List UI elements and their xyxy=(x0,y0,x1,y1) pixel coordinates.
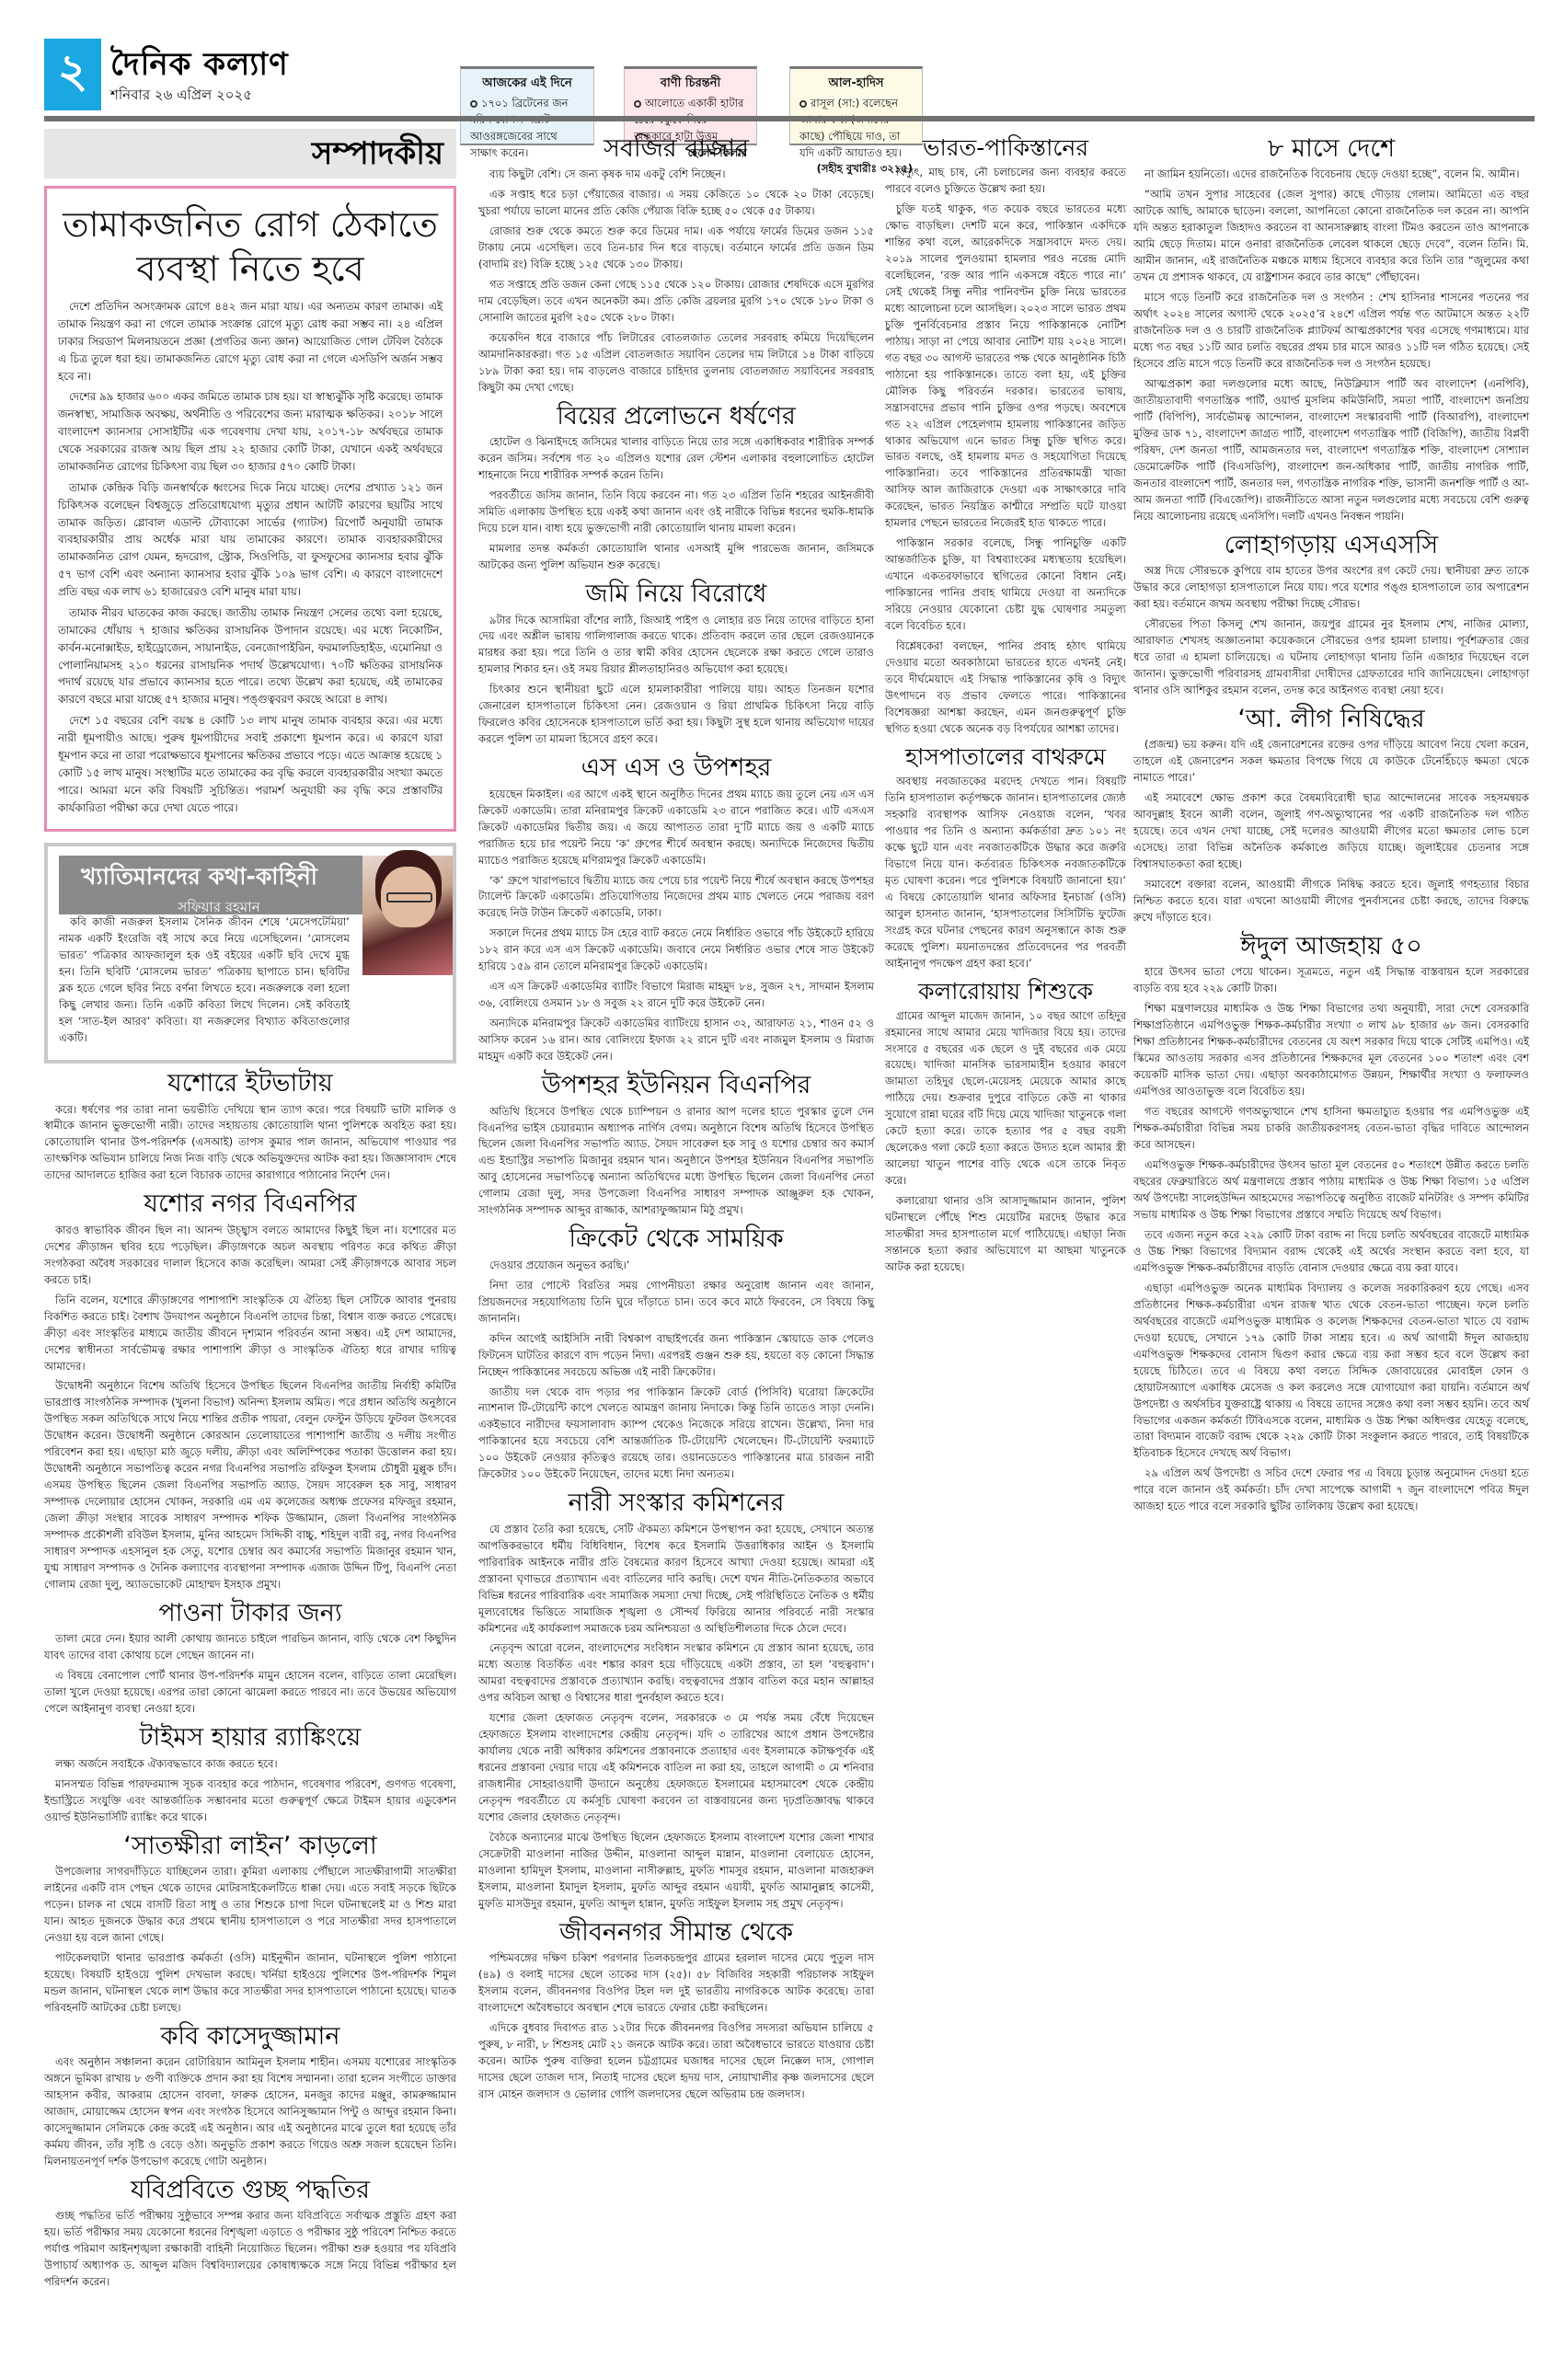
article: ‘সাতক্ষীরা লাইন’ কাড়লো উপজেলার সাগরদাঁড… xyxy=(44,1832,456,2017)
bullet-icon xyxy=(799,100,807,108)
paragraph: গত বছরের আগস্টে গণঅভ্যুত্থানে শেখ হাসিনা… xyxy=(1133,1104,1529,1154)
paragraph: চিৎকার শুনে স্থানীয়রা ছুটে এলে হামলাকার… xyxy=(478,682,874,748)
paragraph: পাকিস্তান সরকার বলেছে, সিন্ধু পানিচুক্তি… xyxy=(885,535,1126,635)
paragraph: দেশের ৯৯ হাজার ৬০০ একর জমিতে তামাক চাষ হ… xyxy=(58,388,443,475)
article-headline: নারী সংস্কার কমিশনের xyxy=(478,1489,874,1518)
paragraph: তিনি বলেন, যশোরে ক্রীড়াঙ্গণের পাশাপাশি … xyxy=(44,1293,456,1375)
article: ‘আ. লীগ নিষিদ্ধের (প্রজন্ম) ভয় করুন। যদ… xyxy=(1133,705,1529,926)
article-headline: ভারত-পাকিস্তানের xyxy=(885,134,1126,162)
bullet-icon xyxy=(470,100,477,108)
paragraph: দেশে ১৫ বছরের বেশি বয়স্ক ৪ কোটি ১৩ লাখ … xyxy=(58,712,443,816)
paragraph: তবে এজন্য নতুন করে ২২৯ কোটি টাকা বরাদ্দ … xyxy=(1133,1227,1529,1277)
paragraph: চুক্তি যতই থাকুক, গত কয়েক বছরে ভারতের ম… xyxy=(885,201,1126,532)
paragraph: এমপিওভুক্ত শিক্ষক-কর্মচারীদের উৎসব ভাতা … xyxy=(1133,1157,1529,1224)
box-title: বাণী চিরন্তনী xyxy=(634,75,747,93)
article-headline: টাইমস হায়ার র‍্যাঙ্কিংয়ে xyxy=(44,1723,456,1753)
article: কবি কাসেদুজ্জামান এবং অনুষ্ঠান সঞ্চালনা … xyxy=(44,2022,456,2170)
paragraph: করে। ধর্ষণের পর তারা নানা ভয়ভীতি দেখিয়… xyxy=(44,1102,456,1185)
paragraph: কলারোয়া থানার ওসি আসাদুজ্জামান জানান, প… xyxy=(885,1193,1126,1276)
article: পাওনা টাকার জন্য তালা মেরে দেন। ইয়ার আল… xyxy=(44,1599,456,1718)
section-title: সম্পাদকীয় xyxy=(312,130,443,178)
paragraph: উপজেলার সাগরদাঁড়িতে যাচ্ছিলেন তারা। কুম… xyxy=(44,1864,456,1947)
paragraph: সমাবেশে বক্তারা বলেন, আওয়ামী লীগকে নিষি… xyxy=(1133,877,1529,926)
masthead: ২ দৈনিক কল্যাণ শনিবার ২৬ এপ্রিল ২০২৫ আজক… xyxy=(44,37,1516,110)
paragraph: না জামিন হয়নিতো। এদের রাজনৈতিক বিবেচনায… xyxy=(1133,167,1529,183)
paragraph: জাতীয় দল থেকে বাদ পড়ার পর পাকিস্তান ক্… xyxy=(478,1385,874,1484)
article-headline: পাওনা টাকার জন্য xyxy=(44,1599,456,1628)
article-headline: সবজির বাজার xyxy=(478,134,874,164)
paragraph: এক সপ্তাহ ধরে চড়া পেঁয়াজের বাজার। এ সম… xyxy=(478,187,874,220)
box-title: আজকের এই দিনে xyxy=(470,75,584,93)
paragraph: সৌরভের পিতা কিসলু শেখ জানান, জয়পুর গ্রা… xyxy=(1133,616,1529,699)
paragraph: পরবর্তীতে জসিম জানান, তিনি বিয়ে করবেন ন… xyxy=(478,488,874,537)
paragraph: অতিথি হিসেবে উপস্থিত থেকে চ্যাম্পিয়ন ও … xyxy=(478,1104,874,1220)
article: বিয়ের প্রলোভনে ধর্ষণের হোটেল ও ঝিনাইদহে… xyxy=(478,402,874,574)
paragraph: যে প্রস্তাব তৈরি করা হয়েছে, সেটি ঐকমত্য… xyxy=(478,1522,874,1638)
box-title: আল-হাদিস xyxy=(799,75,913,93)
article-headline: জীবননগর সীমান্ত থেকে xyxy=(478,1918,874,1948)
paragraph: সকালে দিনের প্রথম ম্যাচে টস হেরে ব্যাট ক… xyxy=(478,926,874,975)
article: ভারত-পাকিস্তানের বিদ্যুৎ, মাছ চাষ, নৌ চল… xyxy=(885,134,1126,738)
paragraph: গুচ্ছ পদ্ধতির ভর্তি পরীক্ষায় সুষ্ঠুভাবে… xyxy=(44,2208,456,2291)
paragraph: তামাক নীরব ঘাতকের কাজ করছে। জাতীয় তামাক… xyxy=(58,604,443,708)
article: যশোরে ইটভাটায় করে। ধর্ষণের পর তারা নানা… xyxy=(44,1069,456,1184)
paragraph: এই সমাবেশে ক্ষোভ প্রকাশ করে বৈষম্যবিরোধী… xyxy=(1133,790,1529,873)
paragraph: কদিন আগেই আইসিসি নারী বিশ্বকাপ বাছাইপর্ব… xyxy=(478,1331,874,1381)
article: কলারোয়ায় শিশুকে গ্রামের আব্দুল মাজেদ জ… xyxy=(885,978,1126,1277)
feature-box: খ্যাতিমানদের কথা-কাহিনী সফিয়ার রহমান কব… xyxy=(44,843,456,1064)
paragraph: হোটেল ও ঝিনাইদহে জসিমের খালার বাড়িতে নি… xyxy=(478,434,874,484)
paragraph: বিদ্যুৎ, মাছ চাষ, নৌ চলাচলের জন্য ব্যবহা… xyxy=(885,165,1126,198)
paragraph: এদিকে বুধবার দিবাগত রাত ১২টার দিকে জীবনন… xyxy=(478,2020,874,2103)
article-headline: কবি কাসেদুজ্জামান xyxy=(44,2022,456,2052)
issue-date: শনিবার ২৬ এপ্রিল ২০২৫ xyxy=(110,85,252,108)
paragraph: অন্যদিকে মনিরামপুর ক্রিকেট একাডেমির ব্যা… xyxy=(478,1016,874,1065)
paragraph: আত্মপ্রকাশ করা দলগুলোর মধ্যে আছে, নিউক্ল… xyxy=(1133,376,1529,525)
paragraph: এছাড়া এমপিওভুক্ত অনেক মাধ্যমিক বিদ্যালয… xyxy=(1133,1281,1529,1463)
article: ৮ মাসে দেশে না জামিন হয়নিতো। এদের রাজনৈ… xyxy=(1133,134,1529,525)
article-headline: জমি নিয়ে বিরোধে xyxy=(478,580,874,609)
paragraph: এবং অনুষ্ঠান সঞ্চালনা করেন রোটারিয়ান আম… xyxy=(44,2054,456,2170)
paragraph: গ্রামের আব্দুল মাজেদ জানান, ১০ বছর আগে ত… xyxy=(885,1008,1126,1190)
author-photo xyxy=(362,856,453,975)
paragraph: নিদা তার পোস্টে বিরতির সময় গোপনীয়তা রক… xyxy=(478,1278,874,1328)
article-headline: ক্রিকেট থেকে সাময়িক xyxy=(478,1224,874,1254)
paragraph: ৯টার দিকে আসামিরা বাঁশের লাঠি, জিআই পাইপ… xyxy=(478,613,874,679)
article-headline: বিয়ের প্রলোভনে ধর্ষণের xyxy=(478,402,874,431)
article-headline: যশোর নগর বিএনপির xyxy=(44,1190,456,1219)
paragraph: তামাক কেন্দ্রিক বিড়ি জনস্বার্থকে ধ্বংসে… xyxy=(58,479,443,601)
paragraph: রোজার শুরু থেকে কমতে শুরু করে ডিমের দাম।… xyxy=(478,224,874,273)
page-number-badge: ২ xyxy=(44,39,101,110)
editorial-box: তামাকজনিত রোগ ঠেকাতে ব্যবস্থা নিতে হবে দ… xyxy=(44,186,456,832)
article: এস এস ও উপশহর হয়েছেন মিকাইল। এর আগে একই… xyxy=(478,753,874,1065)
article: ক্রিকেট থেকে সাময়িক দেওয়ার প্রয়োজন অন… xyxy=(478,1224,874,1483)
article-headline: উপশহর ইউনিয়ন বিএনপির xyxy=(478,1071,874,1100)
paragraph: উদ্বোধনী অনুষ্ঠানে বিশেষ অতিথি হিসেবে উপ… xyxy=(44,1378,456,1593)
paragraph: হয়েছেন মিকাইল। এর আগে একই স্থানে অনুষ্ঠ… xyxy=(478,787,874,869)
paragraph: পশ্চিমবঙ্গের দক্ষিণ চব্বিশ পরগনার তিলকচন… xyxy=(478,1950,874,2017)
article: সবজির বাজার ব্যয় কিছুটা বেশি। সে জন্য ক… xyxy=(478,134,874,397)
paragraph: শিক্ষা মন্ত্রণালয়ের মাধ্যমিক ও উচ্চ শিক… xyxy=(1133,1001,1529,1100)
paragraph: বিশ্লেষকেরা বলছেন, পানির প্রবাহ হঠাৎ থাম… xyxy=(885,638,1126,738)
paragraph: অস্ত্র দিয়ে সৌরভকে কুপিয়ে বাম হাতের উপ… xyxy=(1133,563,1529,613)
paragraph: ‘ক’ গ্রুপে খারাপভাবে দ্বিতীয় ম্যাচে জয়… xyxy=(478,873,874,923)
section-banner: সম্পাদকীয় xyxy=(44,129,456,178)
paragraph: দেশে প্রতিদিন অসংক্রামক রোগে ৪৪২ জন মারা… xyxy=(58,298,443,385)
paragraph: এ বিষয়ে বেনাপোল পোর্ট থানার উপ-পরিদর্শক… xyxy=(44,1668,456,1718)
paragraph: নেতৃবৃন্দ আরো বলেন, বাংলাদেশের সংবিধান স… xyxy=(478,1640,874,1707)
article-headline: যবিপ্রবিতে গুচ্ছ পদ্ধতির xyxy=(44,2176,456,2205)
paragraph: বৈঠকে অন্যান্যের মাঝে উপস্থিত ছিলেন হেফা… xyxy=(478,1830,874,1913)
article: হাসপাতালের বাথরুমে অবস্থায় নবজাতকের মরদ… xyxy=(885,743,1126,972)
article-headline: এস এস ও উপশহর xyxy=(478,753,874,783)
paragraph: “আমি তখন সুপার সাহেবের (জেল সুপার) কাছে … xyxy=(1133,187,1529,286)
article: জমি নিয়ে বিরোধে ৯টার দিকে আসামিরা বাঁশে… xyxy=(478,580,874,748)
paragraph: ২৯ এপ্রিল অর্থ উপদেষ্টা ও সচিব দেশে ফেরা… xyxy=(1133,1466,1529,1515)
article-headline: ‘সাতক্ষীরা লাইন’ কাড়লো xyxy=(44,1832,456,1861)
article: উপশহর ইউনিয়ন বিএনপির অতিথি হিসেবে উপস্থ… xyxy=(478,1071,874,1219)
article-headline: লোহাগড়ায় এসএসসি xyxy=(1133,531,1529,560)
article-headline: ‘আ. লীগ নিষিদ্ধের xyxy=(1133,705,1529,734)
article: লোহাগড়ায় এসএসসি অস্ত্র দিয়ে সৌরভকে কু… xyxy=(1133,531,1529,699)
article: যশোর নগর বিএনপির কারও স্বাভাবিক জীবন ছিল… xyxy=(44,1190,456,1593)
article: ঈদুল আজহায় ৫০ হারে উৎসব ভাতা পেয়ে থাকে… xyxy=(1133,932,1529,1515)
paragraph: লক্ষ্য অর্জনে সবাইকে ঐক্যবদ্ধভাবে কাজ কর… xyxy=(44,1756,456,1773)
paragraph: গত সপ্তাহে প্রতি ডজন কেনা গেছে ১১৫ থেকে … xyxy=(478,277,874,327)
feature-body: কবি কাজী নজরুল ইসলাম সৈনিক জীবন শেষে ‘মে… xyxy=(59,914,442,1047)
paragraph: মানসম্মত বিভিন্ন পারফরম্যান্স সূচক ব্যবহ… xyxy=(44,1776,456,1826)
paragraph: অবস্থায় নবজাতকের মরদেহ দেখতে পান। বিষয়… xyxy=(885,774,1126,972)
column-4: ৮ মাসে দেশে না জামিন হয়নিতো। এদের রাজনৈ… xyxy=(1133,129,1529,1519)
paragraph: মামলার তদন্ত কর্মকর্তা কোতোয়ালি থানার এ… xyxy=(478,541,874,574)
article: নারী সংস্কার কমিশনের যে প্রস্তাব তৈরি কর… xyxy=(478,1489,874,1913)
paragraph: তালা মেরে দেন। ইয়ার আলী কোথায় জানতে চা… xyxy=(44,1631,456,1664)
column-1: সম্পাদকীয় তামাকজনিত রোগ ঠেকাতে ব্যবস্থা… xyxy=(44,129,456,2294)
paragraph: এস এস ক্রিকেট একাডেমির ব্যাটিং বিভাগে মি… xyxy=(478,979,874,1012)
paragraph: হারে উৎসব ভাতা পেয়ে থাকেন। সূত্রমতে, নত… xyxy=(1133,964,1529,997)
column-2: সবজির বাজার ব্যয় কিছুটা বেশি। সে জন্য ক… xyxy=(478,129,874,2107)
article-headline: কলারোয়ায় শিশুকে xyxy=(885,978,1126,1006)
paragraph: কবি কাজী নজরুল ইসলাম সৈনিক জীবন শেষে ‘মে… xyxy=(59,914,350,1047)
article-headline: ৮ মাসে দেশে xyxy=(1133,134,1529,164)
paragraph: পাটকেলঘাটা থানার ভারপ্রাপ্ত কর্মকর্তা (ও… xyxy=(44,1950,456,2017)
editorial-title: তামাকজনিত রোগ ঠেকাতে ব্যবস্থা নিতে হবে xyxy=(58,203,443,291)
article-headline: যশোরে ইটভাটায় xyxy=(44,1069,456,1098)
header-divider xyxy=(44,116,1535,121)
article: টাইমস হায়ার র‍্যাঙ্কিংয়ে লক্ষ্য অর্জনে… xyxy=(44,1723,456,1825)
paragraph: মাসে গড়ে তিনটি করে রাজনৈতিক দল ও সংগঠন … xyxy=(1133,290,1529,373)
paragraph: কারও স্বাভাবিক জীবন ছিল না। আনন্দ উচ্ছ্ব… xyxy=(44,1223,456,1289)
paragraph: যশোর জেলা হেফাজত নেতৃবৃন্দ বলেন, সরকারকে… xyxy=(478,1710,874,1826)
paragraph: (প্রজন্ম) ভয় করুন। যদি এই জেনারেশনের রক… xyxy=(1133,737,1529,787)
article: জীবননগর সীমান্ত থেকে পশ্চিমবঙ্গের দক্ষিণ… xyxy=(478,1918,874,2103)
article-headline: ঈদুল আজহায় ৫০ xyxy=(1133,932,1529,961)
article: যবিপ্রবিতে গুচ্ছ পদ্ধতির গুচ্ছ পদ্ধতির ভ… xyxy=(44,2176,456,2291)
bullet-icon xyxy=(634,100,641,108)
paragraph: দেওয়ার প্রয়োজন অনুভব করছি।’ xyxy=(478,1258,874,1274)
article-headline: হাসপাতালের বাথরুমে xyxy=(885,743,1126,771)
column-3: ভারত-পাকিস্তানের বিদ্যুৎ, মাছ চাষ, নৌ চল… xyxy=(885,129,1126,1280)
paragraph: ব্যয় কিছুটা বেশি। সে জন্য কৃষক দাম একটু… xyxy=(478,167,874,183)
paragraph: কয়েকদিন ধরে বাজারে পাঁচ লিটারের বোতলজাত… xyxy=(478,330,874,397)
